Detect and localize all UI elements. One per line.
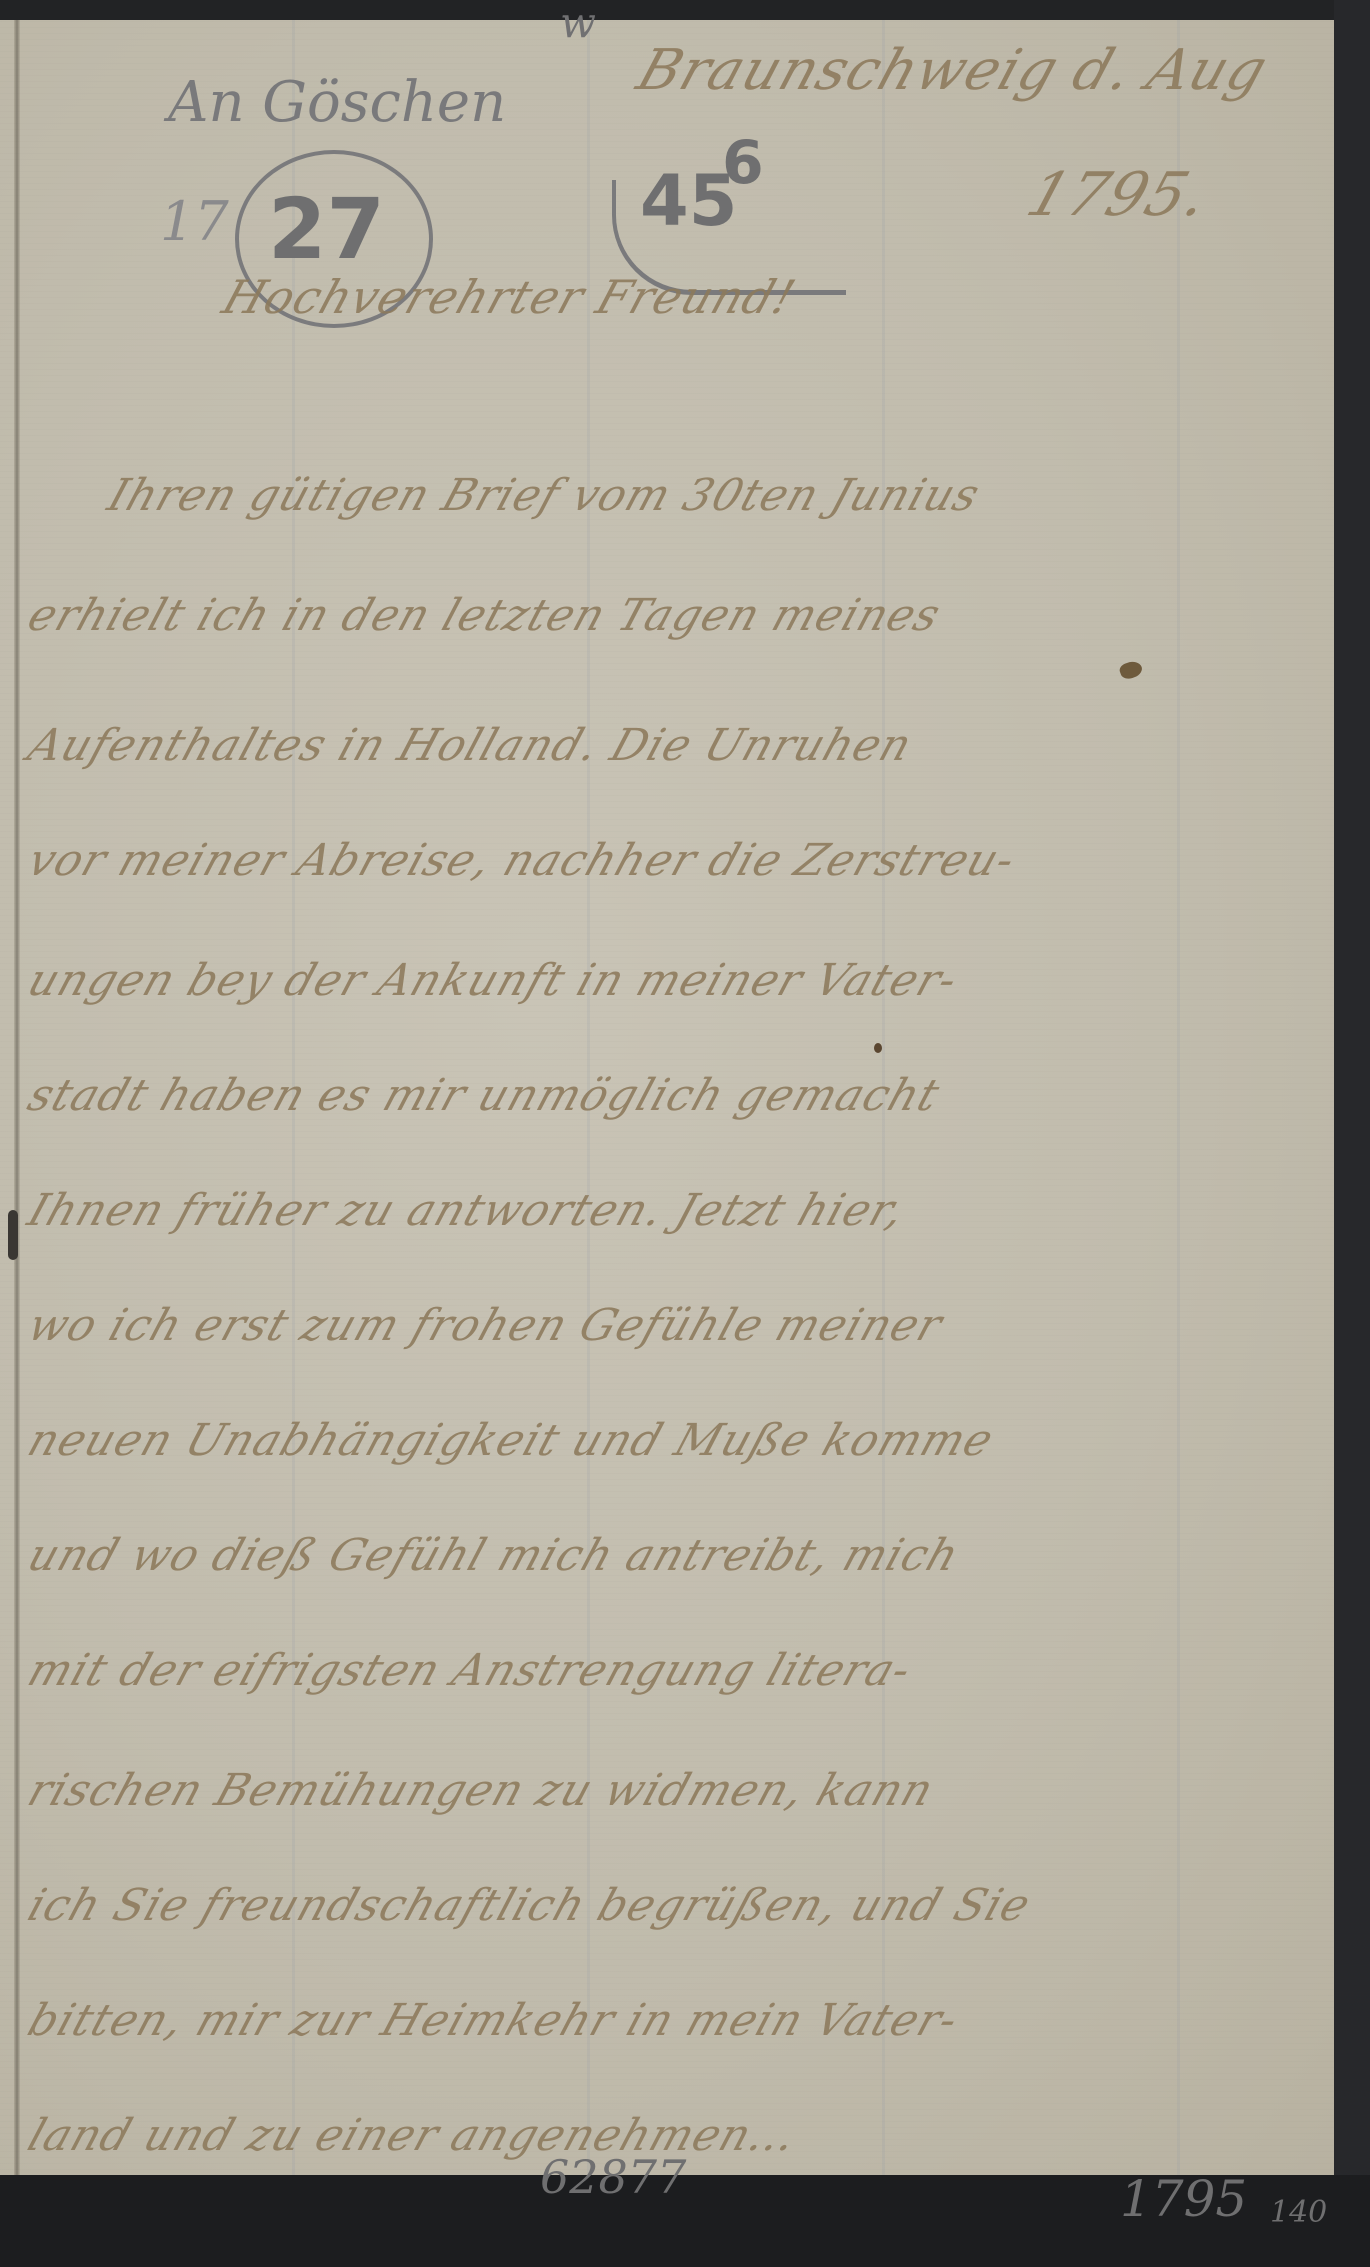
scan-border-top <box>0 0 1370 20</box>
body-line-14: bitten, mir zur Heimkehr in mein Vater- <box>22 1995 965 2046</box>
scan-border-right <box>1334 0 1370 2267</box>
body-line-9: neuen Unabhängigkeit und Muße komme <box>22 1415 1000 1466</box>
body-line-3: Aufenthaltes in Holland. Die Unruhen <box>22 720 919 771</box>
body-line-4: vor meiner Abreise, nachher die Zerstreu… <box>22 835 1022 886</box>
paper-fold-edge <box>14 20 20 2175</box>
top-fragment-mark: w <box>560 0 596 47</box>
ink-stain-left-edge <box>8 1210 18 1260</box>
letter-year: 1795. <box>1019 160 1219 230</box>
body-line-12: rischen Bemühungen zu widmen, kann <box>22 1765 941 1816</box>
side-number-mark: 17 <box>160 190 229 253</box>
body-line-11: mit der eifrigsten Anstrengung litera- <box>22 1645 918 1696</box>
folio-suffix: 6 <box>722 128 764 198</box>
body-line-8: wo ich erst zum frohen Gefühle meiner <box>22 1300 949 1351</box>
body-line-7: Ihnen früher zu antworten. Jetzt hier, <box>22 1185 912 1236</box>
ink-dot <box>874 1043 882 1053</box>
recipient-pencil-note: An Göschen <box>168 70 506 135</box>
body-line-2: erhielt ich in den letzten Tagen meines <box>22 590 947 641</box>
body-line-13: ich Sie freundschaftlich begrüßen, und S… <box>22 1880 1037 1931</box>
salutation: Hochverehrter Freund! <box>216 270 802 324</box>
place-and-date: Braunschweig d. Aug <box>629 38 1275 103</box>
body-line-6: stadt haben es mir unmöglich gemacht <box>22 1070 946 1121</box>
bottom-year-mark: 1795 <box>1120 2170 1247 2228</box>
circled-number: 27 <box>268 180 385 278</box>
body-line-5: ungen bey der Ankunft in meiner Vater- <box>22 955 965 1006</box>
body-line-10: und wo dieß Gefühl mich antreibt, mich <box>22 1530 966 1581</box>
inventory-number: 62877 <box>540 2150 686 2204</box>
page-number-mark: 140 <box>1270 2195 1327 2230</box>
body-line-1: Ihren gütigen Brief vom 30ten Junius <box>102 470 987 521</box>
